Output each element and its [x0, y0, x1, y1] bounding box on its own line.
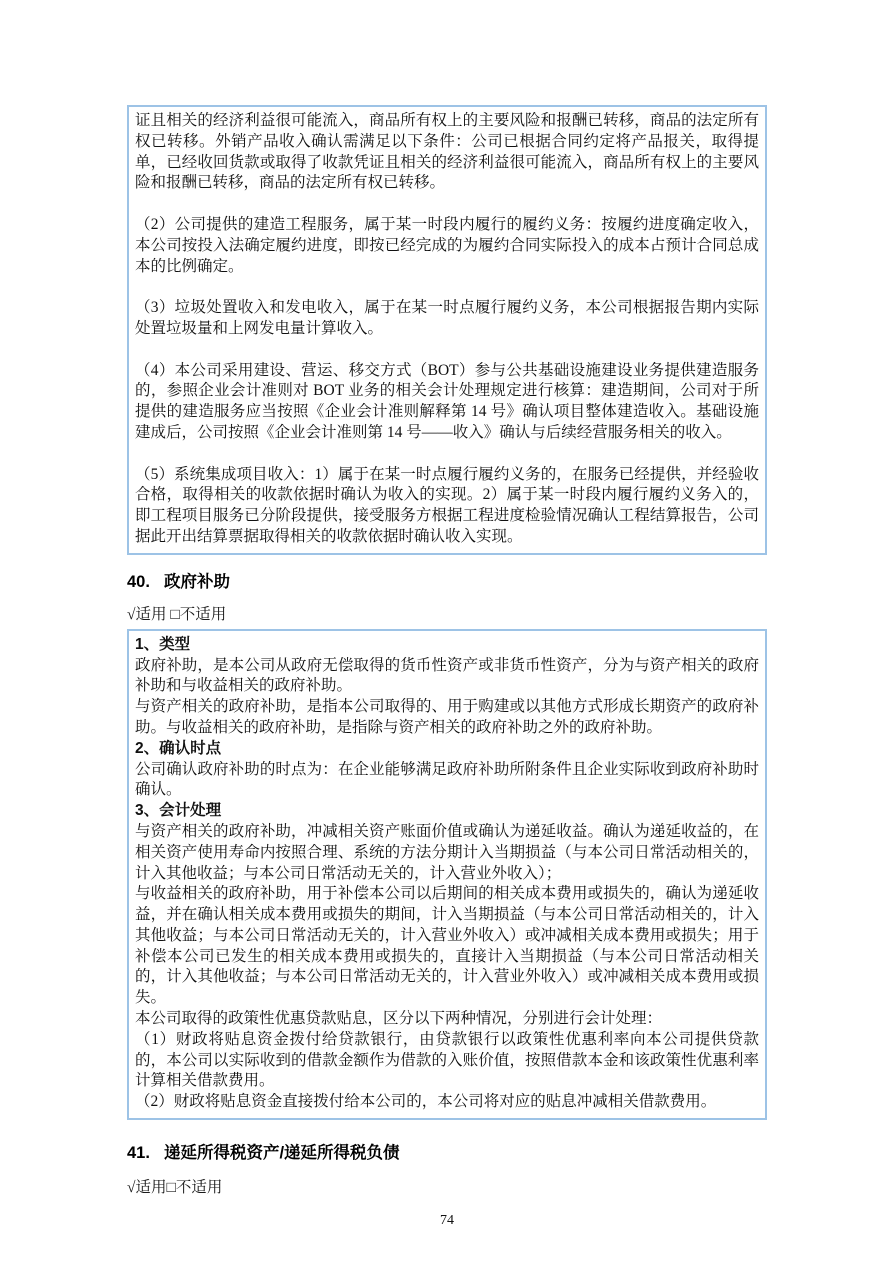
grant-paragraph-5: 与收益相关的政府补助，用于补偿本公司以后期间的相关成本费用或损失的，确认为递延收…: [135, 884, 759, 1009]
revenue-paragraph-5: （5）系统集成项目收入：1）属于在某一时点履行履约义务的，在服务已经提供，并经验…: [135, 465, 759, 548]
revenue-paragraph-continuation: 证且相关的经济利益很可能流入，商品所有权上的主要风险和报酬已转移，商品的法定所有…: [135, 111, 759, 194]
revenue-paragraph-3: （3）垃圾处置收入和发电收入，属于在某一时点履行履约义务，本公司根据报告期内实际…: [135, 298, 759, 340]
grant-paragraph-1: 政府补助，是本公司从政府无偿取得的货币性资产或非货币性资产，分为与资产相关的政府…: [135, 656, 759, 698]
section-41-applicability: √适用□不适用: [127, 1178, 767, 1198]
section-41-number: 41.: [127, 1143, 150, 1163]
grant-paragraph-8: （2）财政将贴息资金直接拨付给本公司的，本公司将对应的贴息冲减相关借款费用。: [135, 1092, 759, 1113]
section-40-number: 40.: [127, 572, 150, 592]
grant-paragraph-6: 本公司取得的政策性优惠贷款贴息，区分以下两种情况，分别进行会计处理：: [135, 1009, 759, 1030]
grant-paragraph-7: （1）财政将贴息资金拨付给贷款银行，由贷款银行以政策性优惠利率向本公司提供贷款的…: [135, 1030, 759, 1092]
grant-paragraph-3: 公司确认政府补助的时点为：在企业能够满足政府补助所附条件且企业实际收到政府补助时…: [135, 760, 759, 802]
revenue-policy-box: 证且相关的经济利益很可能流入，商品所有权上的主要风险和报酬已转移，商品的法定所有…: [127, 105, 767, 555]
grant-accounting-heading: 3、会计处理: [135, 801, 759, 822]
section-40-title: 政府补助: [164, 573, 230, 591]
revenue-paragraph-2: （2）公司提供的建造工程服务，属于某一时段内履行的履约义务：按履约进度确定收入，…: [135, 215, 759, 277]
document-page: 证且相关的经济利益很可能流入，商品所有权上的主要风险和报酬已转移，商品的法定所有…: [0, 0, 893, 1262]
grant-paragraph-4: 与资产相关的政府补助，冲减相关资产账面价值或确认为递延收益。确认为递延收益的，在…: [135, 822, 759, 884]
grant-timing-heading: 2、确认时点: [135, 739, 759, 760]
page-number: 74: [127, 1213, 767, 1229]
section-40-applicability: √适用 □不适用: [127, 605, 767, 625]
government-grant-box: 1、类型 政府补助，是本公司从政府无偿取得的货币性资产或非货币性资产，分为与资产…: [127, 629, 767, 1120]
grant-paragraph-2: 与资产相关的政府补助，是指本公司取得的、用于购建或以其他方式形成长期资产的政府补…: [135, 697, 759, 739]
section-41-heading: 41.递延所得税资产/递延所得税负债: [127, 1143, 767, 1163]
revenue-paragraph-4: （4）本公司采用建设、营运、移交方式（BOT）参与公共基础设施建设业务提供建造服…: [135, 361, 759, 444]
section-40-heading: 40.政府补助: [127, 572, 767, 592]
grant-type-heading: 1、类型: [135, 635, 759, 656]
section-41-title: 递延所得税资产/递延所得税负债: [164, 1144, 400, 1162]
